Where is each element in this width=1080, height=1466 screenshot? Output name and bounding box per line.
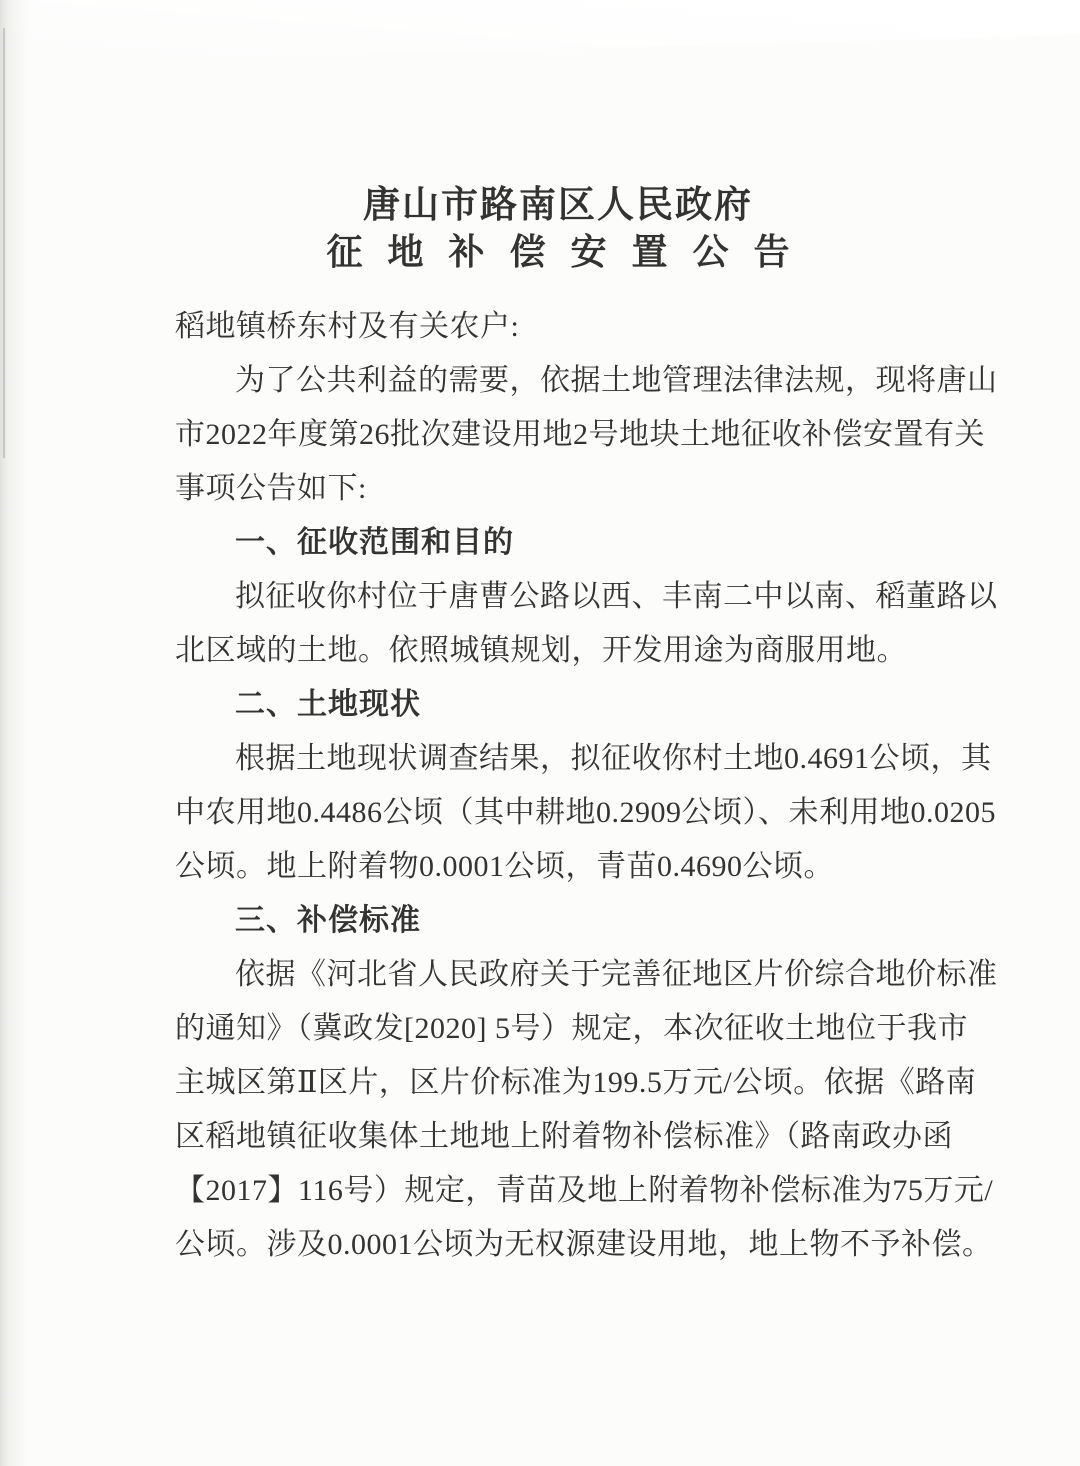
scanned-document-page: 唐山市路南区人民政府 征地补偿安置公告 稻地镇桥东村及有关农户: 为了公共利益的… [0, 0, 1080, 1466]
paragraph3-line3: 公顷。地上附着物0.0001公顷，青苗0.4690公顷。 [175, 840, 941, 894]
paragraph4-line6: 公顷。涉及0.0001公顷为无权源建设用地，地上物不予补偿。 [175, 1218, 941, 1272]
paragraph4-line4: 区稻地镇征收集体土地地上附着物补偿标准》（路南政办函 [175, 1110, 941, 1164]
paragraph1-line1: 为了公共利益的需要，依据土地管理法律法规，现将唐山 [175, 354, 941, 408]
salutation: 稻地镇桥东村及有关农户: [175, 300, 941, 354]
paragraph3-line2: 中农用地0.4486公顷（其中耕地0.2909公顷）、未利用地0.0205 [175, 786, 941, 840]
document-title-line2: 征地补偿安置公告 [175, 226, 941, 278]
section-heading-3: 三、补偿标准 [175, 894, 941, 948]
paragraph2-line2: 北区域的土地。依照城镇规划，开发用途为商服用地。 [175, 624, 941, 678]
section-heading-2: 二、土地现状 [175, 678, 941, 732]
paragraph4-line2: 的通知》（冀政发[2020] 5号）规定，本次征收土地位于我市 [175, 1002, 941, 1056]
scan-left-edge-line [3, 28, 5, 458]
paragraph3-line1: 根据土地现状调查结果，拟征收你村土地0.4691公顷，其 [175, 732, 941, 786]
document-content: 唐山市路南区人民政府 征地补偿安置公告 稻地镇桥东村及有关农户: 为了公共利益的… [175, 0, 941, 1272]
paragraph1-line2: 市2022年度第26批次建设用地2号地块土地征收补偿安置有关 [175, 408, 941, 462]
section-heading-1: 一、征收范围和目的 [175, 516, 941, 570]
paragraph4-line5: 【2017】116号）规定，青苗及地上附着物补偿标准为75万元/ [175, 1164, 941, 1218]
paragraph1-line3: 事项公告如下: [175, 462, 941, 516]
paragraph4-line1: 依据《河北省人民政府关于完善征地区片价综合地价标准 [175, 948, 941, 1002]
document-title-line1: 唐山市路南区人民政府 [175, 184, 941, 226]
paragraph2-line1: 拟征收你村位于唐曹公路以西、丰南二中以南、稻董路以 [175, 570, 941, 624]
paragraph4-line3: 主城区第Ⅱ区片，区片价标准为199.5万元/公顷。依据《路南 [175, 1056, 941, 1110]
